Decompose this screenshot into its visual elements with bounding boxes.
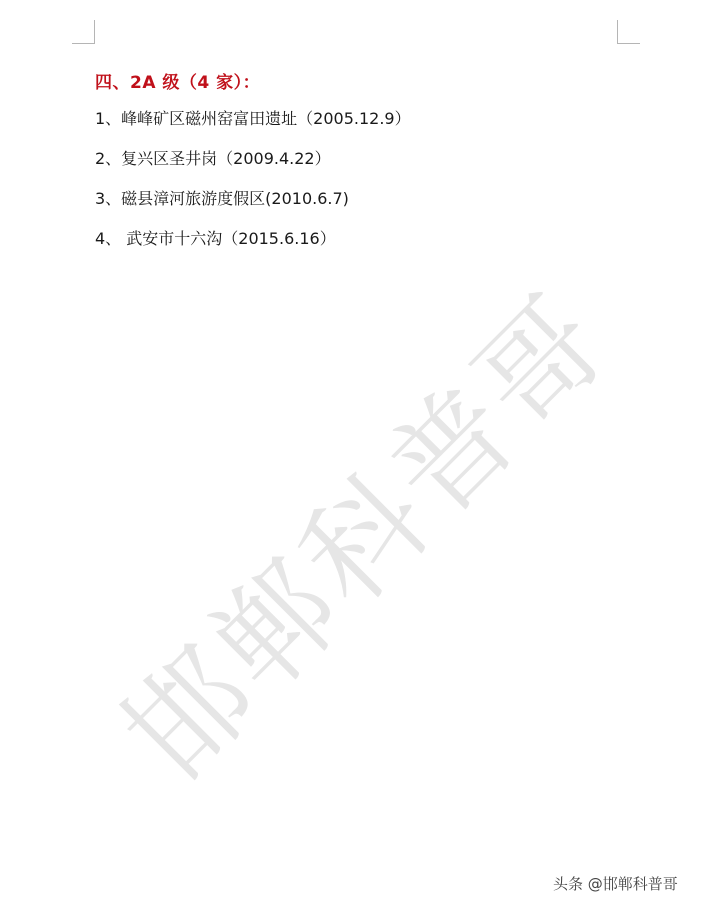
crop-mark-top-left bbox=[72, 20, 95, 44]
footer-attribution: 头条 @邯郸科普哥 bbox=[553, 873, 678, 894]
watermark-text: 邯郸科普哥 bbox=[81, 251, 640, 810]
section-heading: 四、2A 级（4 家）： bbox=[95, 68, 260, 93]
list-item: 1、峰峰矿区磁州窑富田遗址（2005.12.9） bbox=[95, 108, 411, 148]
crop-mark-top-right bbox=[617, 20, 640, 44]
list-item: 2、复兴区圣井岗（2009.4.22） bbox=[95, 148, 411, 188]
site-list: 1、峰峰矿区磁州窑富田遗址（2005.12.9） 2、复兴区圣井岗（2009.4… bbox=[95, 108, 411, 268]
list-item: 3、磁县漳河旅游度假区(2010.6.7) bbox=[95, 188, 411, 228]
list-item: 4、 武安市十六沟（2015.6.16） bbox=[95, 228, 411, 268]
